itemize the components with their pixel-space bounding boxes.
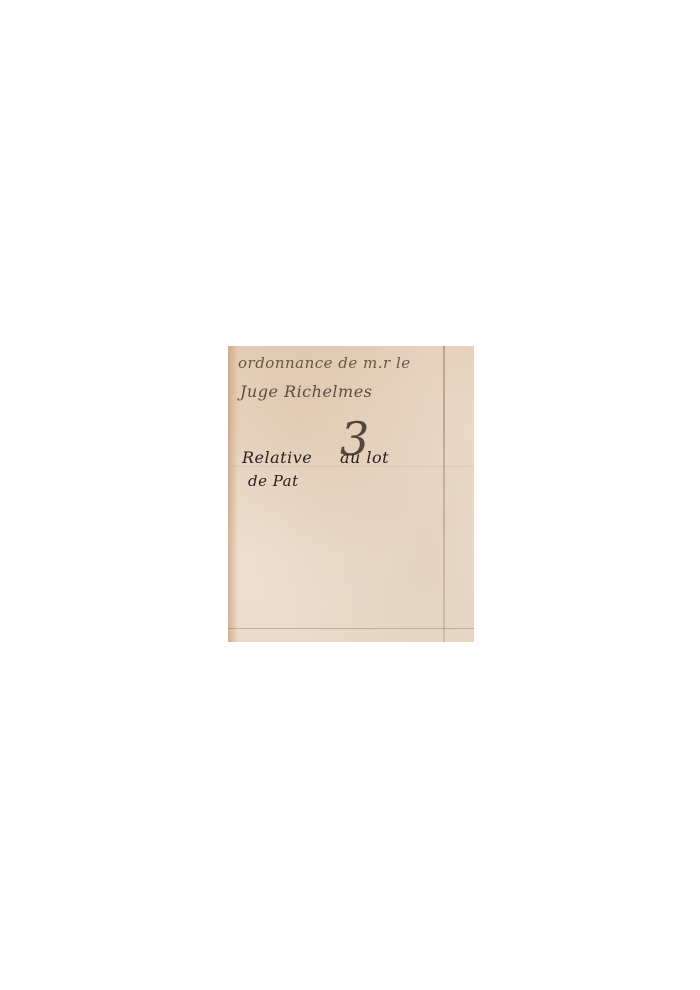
handwritten-line-2: Juge Richelmes: [240, 382, 372, 401]
manuscript-page: ordonnance de m.r le Juge Richelmes 3 Re…: [228, 346, 474, 642]
handwritten-line-5: de Pat: [248, 472, 299, 490]
handwritten-line-4: au lot: [340, 448, 389, 467]
paper-stain: [228, 346, 238, 642]
handwritten-line-1: ordonnance de m.r le: [238, 354, 411, 372]
handwritten-line-3: Relative: [242, 448, 312, 467]
vertical-fold-line: [443, 346, 445, 642]
horizontal-fold-line: [228, 628, 474, 629]
